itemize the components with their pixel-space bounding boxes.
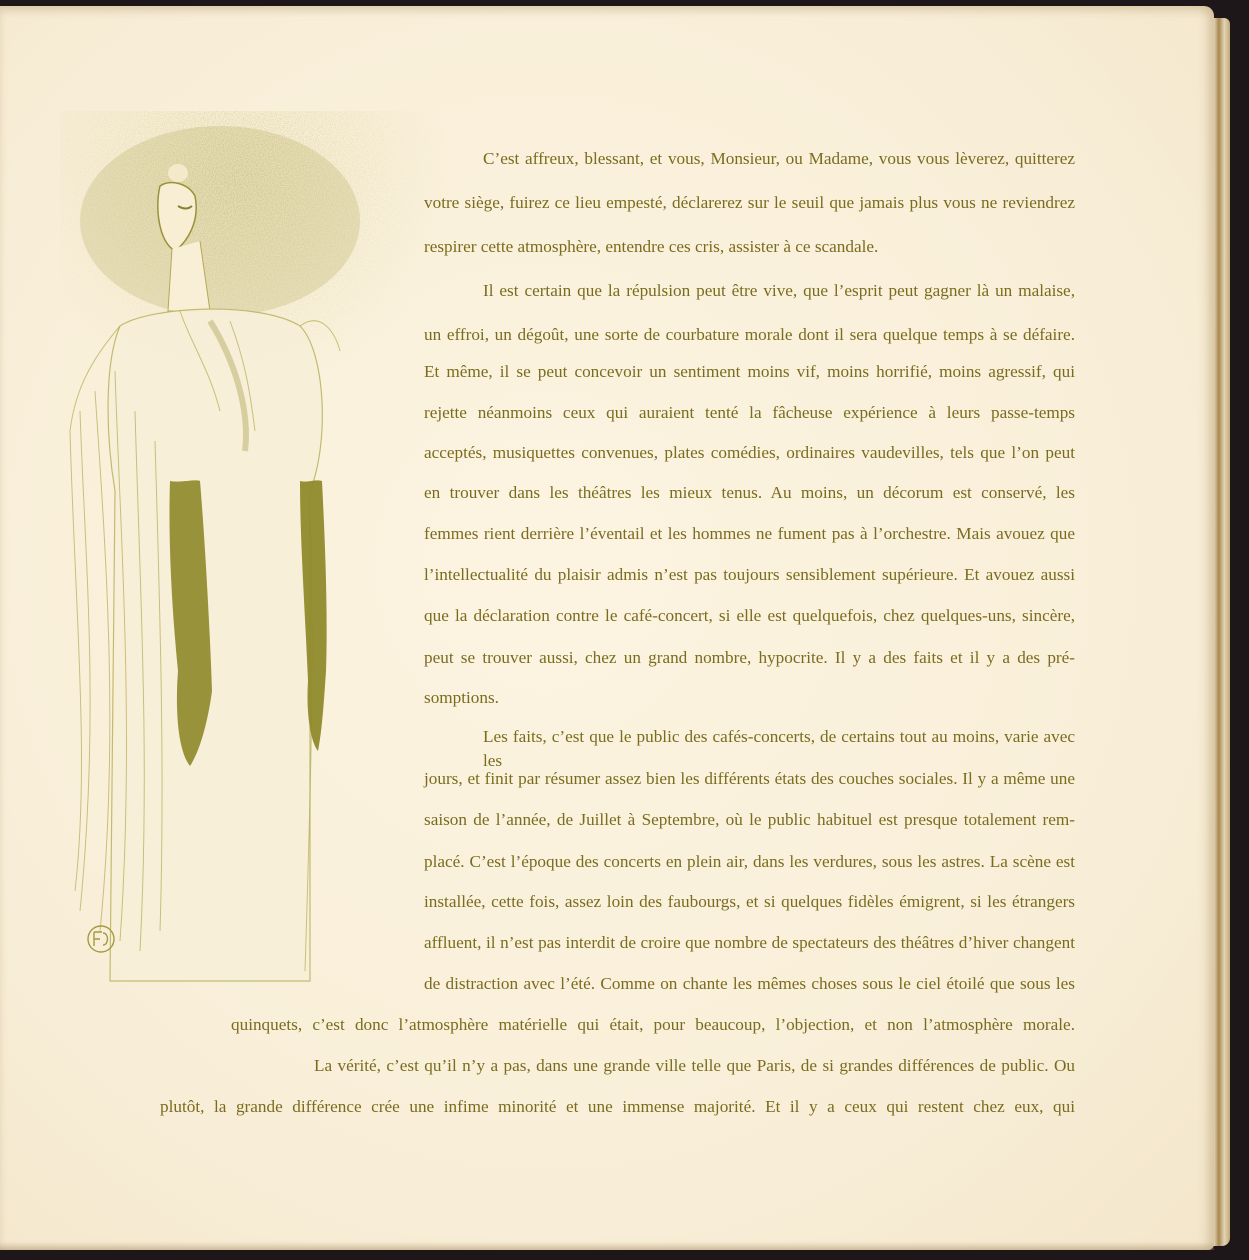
text-line: La vérité, c’est qu’il n’y a pas, dans u… — [314, 1054, 1075, 1078]
text-line: placé. C’est l’époque des concerts en pl… — [424, 850, 1075, 874]
text-line: femmes rient derrière l’éventail et les … — [424, 522, 1075, 546]
text-line: affluent, il n’est pas interdit de croir… — [424, 931, 1075, 955]
text-line: acceptés, musiquettes convenues, plates … — [424, 441, 1075, 465]
text-line: respirer cette atmosphère, entendre ces … — [424, 235, 878, 259]
artist-monogram-icon — [85, 923, 117, 955]
book-page: C’est affreux, blessant, et vous, Monsie… — [0, 6, 1214, 1250]
text-line: somptions. — [424, 686, 499, 710]
text-line: que la déclaration contre le café-concer… — [424, 604, 1075, 628]
text-line: quinquets, c’est donc l’atmosphère matér… — [231, 1013, 1075, 1037]
text-line: un effroi, un dégoût, une sorte de courb… — [424, 323, 1075, 347]
singer-lithograph-illustration — [60, 111, 450, 991]
text-line: Il est certain que la répulsion peut êtr… — [483, 279, 1075, 303]
text-line: jours, et finit par résumer assez bien l… — [424, 767, 1075, 791]
text-line: peut se trouver aussi, chez un grand nom… — [424, 646, 1075, 670]
text-line: C’est affreux, blessant, et vous, Monsie… — [483, 147, 1075, 171]
text-line: installée, cette fois, assez loin des fa… — [424, 890, 1075, 914]
text-line: votre siège, fuirez ce lieu empesté, déc… — [424, 191, 1075, 215]
text-line: saison de l’année, de Juillet à Septembr… — [424, 808, 1075, 832]
text-line: de distraction avec l’été. Comme on chan… — [424, 972, 1075, 996]
text-line: l’intellectualité du plaisir admis n’est… — [424, 563, 1075, 587]
text-line: rejette néanmoins ceux qui auraient tent… — [424, 401, 1075, 425]
text-line: en trouver dans les théâtres les mieux t… — [424, 481, 1075, 505]
text-line: Et même, il se peut concevoir un sentime… — [424, 360, 1075, 384]
text-line: plutôt, la grande différence crée une in… — [160, 1095, 1075, 1119]
text-line: Les faits, c’est que le public des cafés… — [483, 725, 1075, 749]
